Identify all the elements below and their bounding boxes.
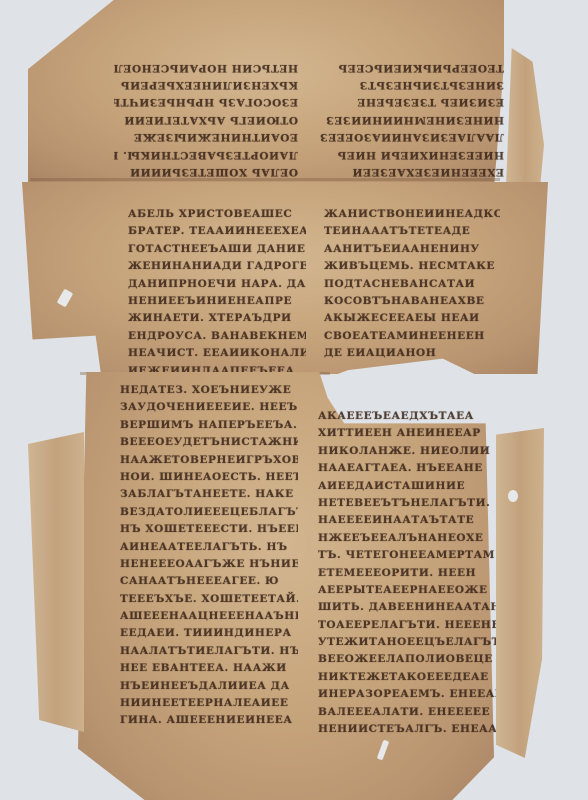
- text-line: ТОАЕЕРЕЛАГЪТИ. НЕЕЕНЕ: [318, 617, 496, 634]
- text-line: ЕНДРОУСА. ВАНАВЕКНЕМЬ: [128, 328, 306, 345]
- text-line: ХИТТИЕЕН АНЕИНЕЕАР: [318, 425, 496, 442]
- text-line: ОЕЛАЬ ХОШЕТЕЗЬИИИИ: [114, 163, 298, 180]
- text-line: НЕНИЕЕЪИНИЕНЕАПРЕ: [128, 293, 306, 310]
- text-line: НЕТЕВЕЕЪТЪНЕЛАГЪТИ.: [318, 495, 496, 512]
- text-line: ГОТАСТНЕЕЪАШИ ДАНИЕ: [128, 241, 306, 258]
- text-line: ВЕЕЕОЕУДЕТЪНИСТАЖНИЕ: [120, 434, 298, 451]
- text-line: АБЕЛЬ ХРИСТОВЕАШЕС: [128, 206, 306, 223]
- text-line: ПОДТАСНЕВАНСАТАИ: [324, 276, 500, 293]
- text-line: ЗАБЛАГЪТАНЕЕТЕ. НАКЕ: [120, 486, 298, 503]
- text-line: ЖИНАЕТИ. ХТЕРАЪДРИ: [128, 310, 306, 327]
- text-line: ЛААЛАЕЗИЗАНИИАЗОЕЕЕЗ: [318, 128, 504, 145]
- text-line: ААНИТЪЕИААНЕНИНУ: [324, 241, 500, 258]
- text-line: ЖЕНИНАНИАДИ ГАДРОГЕ: [128, 258, 306, 275]
- text-line: ВЕЗДАТОЛИЕЕЕЦЕБЛАГЪТИ: [120, 504, 298, 521]
- text-line: НАЕЕЕЕИНААТАЪТАТЕ: [318, 512, 496, 529]
- bottom-right-column: АКАЕЕЕЪЕАЕДХЪТАЕА ХИТТИЕЕН АНЕИНЕЕАР НИК…: [318, 408, 496, 742]
- text-line: БРАТЕР. ТЕААИИНЕЕЕХЕА: [128, 223, 306, 240]
- top-right-column: ЕХЕЕЕНИЕЗЕХАЕЗЕЕИ НИЕЕЗЕНИХИЕЬИ НИЕЬ ЛАА…: [318, 56, 504, 180]
- text-line: ИНЕРАЗОРЕАЕМЪ. ЕНЕЕАНЕ: [318, 686, 496, 703]
- text-line: САНААТЪНЕЕЕАГЕЕ. Ю: [120, 573, 298, 590]
- text-line: НЪЕИНЕЕЪДАЛИИЕА ДА: [120, 678, 298, 695]
- text-line: ЕЗОСОГАЗЬ НРЬНЬЕЗИЧТЬ: [114, 93, 298, 110]
- text-line: ДАНИПРНОЕЧИ НАРА. ДА: [128, 276, 306, 293]
- text-line: НААЛАТЪТИЕЛАГЪТИ. НЪ: [120, 643, 298, 660]
- text-line: ЖИВЪЦЕМЬ. НЕСМТАКЕ: [324, 258, 500, 275]
- right-edge-strip-top: [506, 48, 544, 186]
- text-line: ТЪ. ЧЕТЕГОНЕЕАМЕРТАМ: [318, 547, 496, 564]
- text-line: ЕХЕЕЕНИЕЗЕХАЕЗЕЕИ: [318, 163, 504, 180]
- text-line: АИНЕААТЕЕЛАГЪТЬ. НЪ: [120, 539, 298, 556]
- text-line: ЗИНЕЗЬТЗИЬНЕЗЬТЗ: [318, 76, 504, 93]
- text-line: ЕТЕМЕЕЕОРИТИ. НЕЕН: [318, 565, 496, 582]
- bottom-left-column: НЕДАТЕЗ. ХОЕЪНИЕУЖЕ ЗАУДОЧЕНИЕЕЕИЕ. НЕЕЪ…: [120, 382, 298, 742]
- text-line: АЕЕРЫТЕАЕЕРНАЕЕОЖЕ: [318, 582, 496, 599]
- text-line: ВЕРШИМЪ НАПЕРЪЕЕЪА.: [120, 417, 298, 434]
- text-line: НЕНЕЕЕОААГЪЖЕ НЪНИЕЕ: [120, 556, 298, 573]
- text-line: ЛАИОРТЕЗЬАВЕСТНИКЫ. НЬ: [114, 145, 298, 162]
- text-line: ЕЗИЗИЕЬ ТЗЕЗЕЬЕНЕ: [318, 93, 504, 110]
- text-line: УТЕЖИТАНОЕЕЦЪЕЛАГЪТИ.: [318, 634, 496, 651]
- text-line: НИКТЕЖЕТАКОЕЕЕДЕАЕ: [318, 669, 496, 686]
- text-line: НЖЕЕЪЕЕАЛЪНАНЕОХЕ: [318, 530, 496, 547]
- text-line: НИНЕЗИНЕМНИИНИИЗЕЗ: [318, 110, 504, 127]
- text-line: СВОЕАТЕАМИНЕЕНЕЕН: [324, 328, 500, 345]
- top-left-column: ОЕЛАЬ ХОШЕТЕЗЬИИИИ ЛАИОРТЕЗЬАВЕСТНИКЫ. Н…: [114, 56, 298, 180]
- text-line: КЬХЕНЗИЛИНЕЕХЬЕРЕИЬ: [114, 76, 298, 93]
- text-line: НЕТЬСИН НОРАИЬСЕНОЕЛ: [114, 58, 298, 75]
- text-line: АШЕЕЕНААЦНЕЕЕНААЪНЕ: [120, 608, 298, 625]
- text-line: НЕДАТЕЗ. ХОЕЪНИЕУЖЕ: [120, 382, 298, 399]
- text-line: НОИ. ШИНЕАОЕСТЬ. НЕЕЪ: [120, 469, 298, 486]
- text-line: НЪ ХОШЕТЕЕЕСТИ. НЪЕЕЕА: [120, 521, 298, 538]
- right-edge-strip-bottom: [496, 428, 544, 758]
- text-line: АКАЕЕЕЪЕАЕДХЪТАЕА: [318, 408, 496, 425]
- text-line: НЕНИИСТЕЪАЛГЪ. ЕНЕАА: [318, 721, 496, 738]
- text-line: НИЕЕЗЕНИХИЕЬИ НИЕЬ: [318, 145, 504, 162]
- text-line: ЗАУДОЧЕНИЕЕЕИЕ. НЕЕЪ: [120, 399, 298, 416]
- left-edge-strip-bottom: [28, 432, 84, 732]
- text-line: ГИНА. АШЕЕЕНИЕИНЕЕА: [120, 712, 298, 729]
- text-line: ЖАНИСТВОНЕИИНЕАДКС: [324, 206, 500, 223]
- text-line: ЕЕДАЕИ. ТИИИНДИНЕРА: [120, 625, 298, 642]
- middle-right-column: ЖАНИСТВОНЕИИНЕАДКС ТЕИНАААТЪТЕТЕАДЕ ААНИ…: [324, 206, 500, 366]
- text-line: НААЖЕТОВЕРНЕИГРЪХОВЪ: [120, 452, 298, 469]
- text-line: НЕЕ ЕВАНТЕЕА. НААЖИ: [120, 660, 298, 677]
- text-line: ТЕЕЕЪХЪЕ. ХОШЕТЕЕТАЙ.: [120, 591, 298, 608]
- text-line: ДЕ ЕИАЦИАНОН: [324, 345, 500, 362]
- text-line: НИИНЕЕТЕЕРНАЛЕАИЕЕ: [120, 695, 298, 712]
- text-line: ЕОАИТНИНЕЖИЫЗЕЖЕ: [114, 128, 298, 145]
- text-line: НЕАЧИСТ. ЕЕАИИКОНАЛИ: [128, 345, 306, 362]
- text-line: ШИТЬ. ДАВЕЕНИНЕААТАНЕ: [318, 599, 496, 616]
- text-line: ВАЛЕЕЕАЛАТИ. ЕНЕЕЕЕЕ: [318, 704, 496, 721]
- text-line: АИЕЕДАИСТАШИНИЕ: [318, 478, 496, 495]
- text-line: ТЕОЕЕРЬИЬКИЕИЬСЕЕЬ: [318, 58, 504, 75]
- text-line: ВЕЕОЖЕЕЛАПОЛИОВЕЦЕ: [318, 651, 496, 668]
- text-line: КОСОВТЪНАВАНЕАХВЕ: [324, 293, 500, 310]
- text-line: ТЕИНАААТЪТЕТЕАДЕ: [324, 223, 500, 240]
- text-line: НИКОЛАНЖЕ. НИЕОЛИИ: [318, 443, 496, 460]
- damage-hole: [508, 490, 518, 502]
- text-line: АКЫЖЕСЕЕАЕЫ НЕАИ: [324, 310, 500, 327]
- text-line: ОТЮИЕГЬ АЬХАТЕГИЕИИ: [114, 110, 298, 127]
- text-line: НААЕАГТАЕА. НЪЕЕАНЕ: [318, 460, 496, 477]
